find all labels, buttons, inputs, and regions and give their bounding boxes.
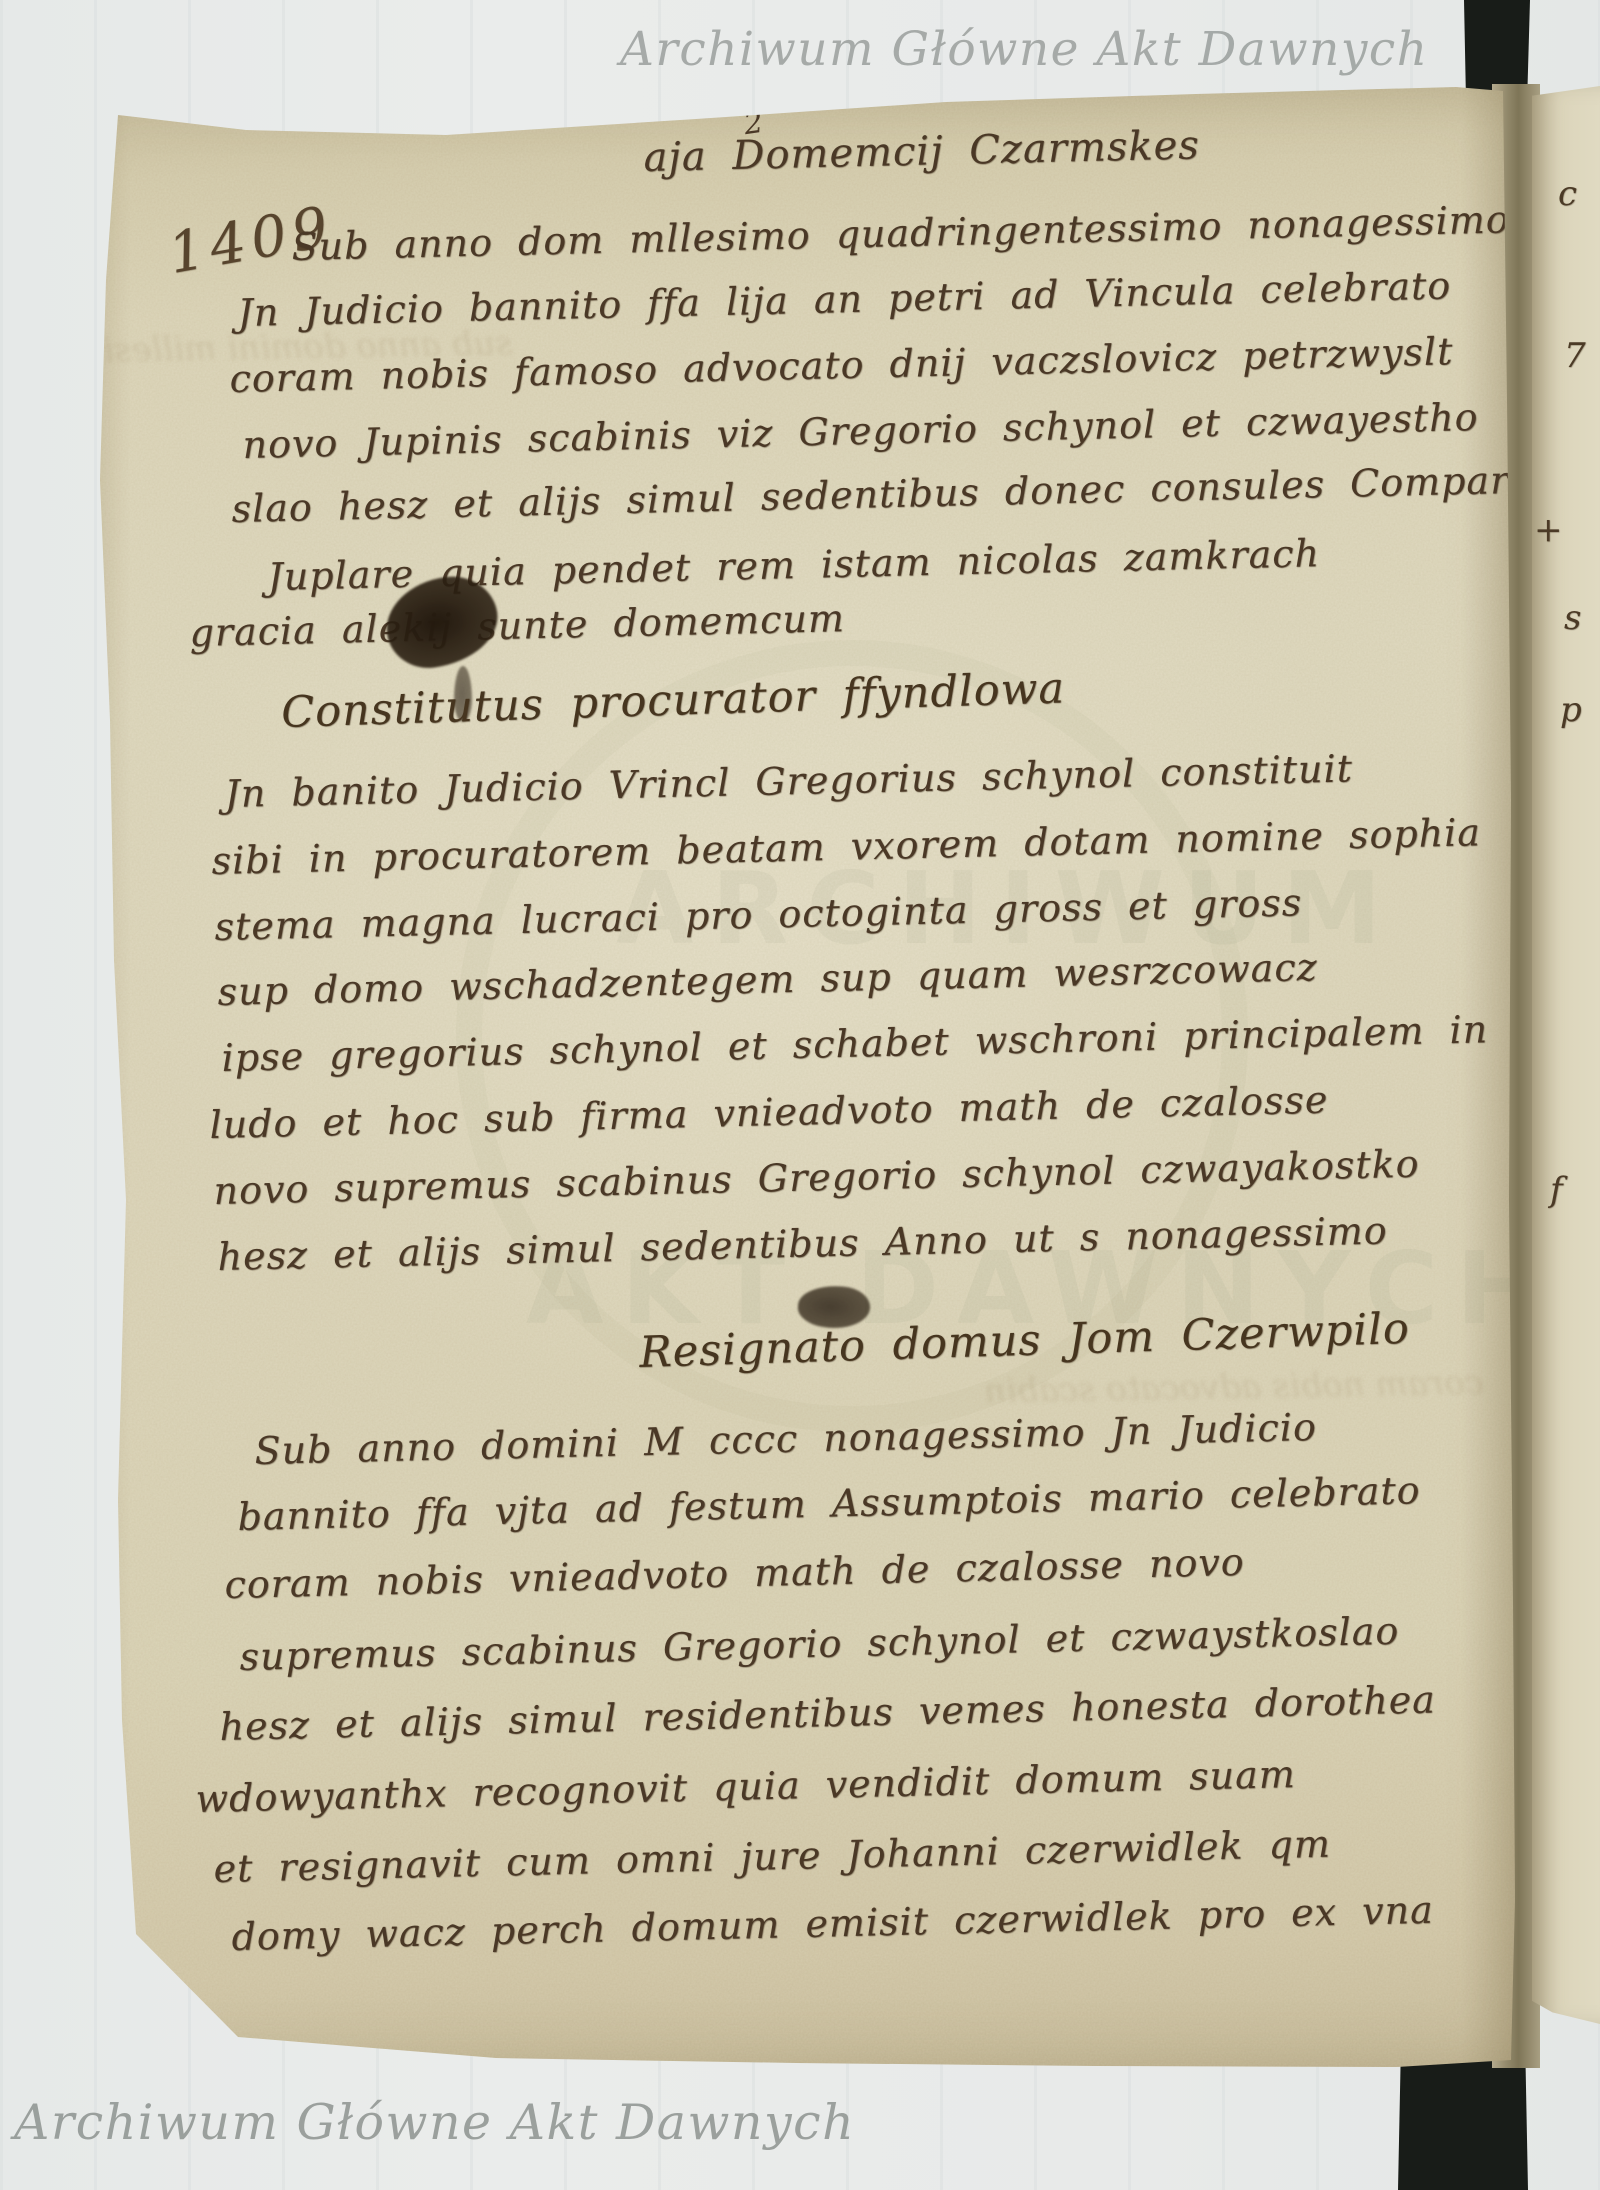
binding-tab-bottom — [1398, 2054, 1528, 2190]
ink-fragment: + — [1534, 510, 1563, 550]
manuscript-line: hesz et alijs simul residentibus vemes h… — [219, 1680, 1436, 1746]
manuscript-line: wdowyanthx recognovit quia vendidit domu… — [195, 1755, 1296, 1818]
manuscript-line: et resignavit cum omni jure Johanni czer… — [213, 1825, 1331, 1888]
adjacent-page-edge: c 7 + s p f — [1532, 86, 1600, 2024]
ink-fragment: s — [1564, 598, 1581, 638]
ink-fragment: p — [1560, 690, 1582, 730]
manuscript-line: Jn Judicio bannito ffa lija an petri ad … — [237, 266, 1451, 332]
entry-title: aja Domemcij Czarmskes — [643, 125, 1200, 178]
manuscript-line: domy wacz perch domum emisit czerwidlek … — [231, 1891, 1434, 1956]
archive-watermark-bottom: Archiwum Główne Akt Dawnych — [14, 2094, 855, 2151]
archive-watermark-top: Archiwum Główne Akt Dawnych — [620, 22, 1428, 77]
ink-fragment: c — [1558, 174, 1577, 214]
manuscript-line: Sub anno dom mllesimo quadringentessimo … — [291, 200, 1510, 266]
ink-fragment: 7 — [1564, 336, 1586, 376]
manuscript-page: ARCHIWUM AKT DAWNYCH sub anno domini mil… — [56, 80, 1520, 2076]
ink-fragment: f — [1550, 1170, 1563, 1210]
archival-scan: c 7 + s p f ARCHIWUM AKT DAWNYCH sub ann… — [0, 0, 1600, 2190]
